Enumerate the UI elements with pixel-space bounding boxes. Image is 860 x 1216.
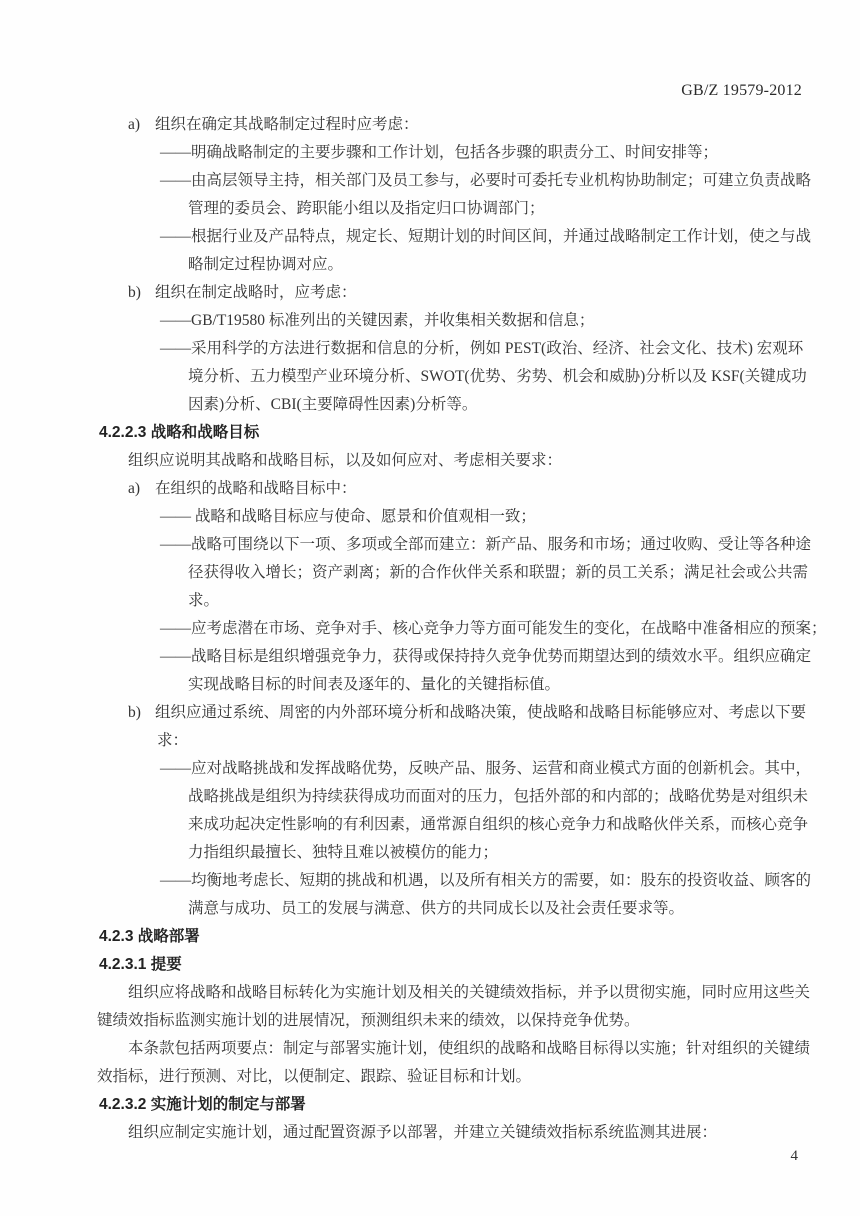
document-body: a)组织在确定其战略制定过程时应考虑：——明确战略制定的主要步骤和工作计划，包括… [97,111,809,1147]
continuation-line: 满意与成功、员工的发展与满意、供方的共同成长以及社会责任要求等。 [188,895,809,923]
dash-item-line: ——应考虑潜在市场、竞争对手、核心竞争力等方面可能发生的变化，在战略中准备相应的… [160,615,809,643]
continuation-line: 来成功起决定性影响的有利因素，通常源自组织的核心竞争力和战略伙伴关系，而核心竞争 [188,811,809,839]
section-heading: 4.2.3.1 提要 [99,951,809,979]
dash-item-line: —— 战略和战略目标应与使命、愿景和价值观相一致； [160,503,809,531]
dash-item-line: ——GB/T19580 标准列出的关键因素，并收集相关数据和信息； [160,307,809,335]
list-marker: b) [128,699,155,727]
list-item-line: a)在组织的战略和战略目标中： [128,475,809,503]
list-marker: a) [128,111,155,139]
list-item-text: 组织在确定其战略制定过程时应考虑： [155,116,419,133]
continuation-line: 力指组织最擅长、独特且难以被模仿的能力； [188,839,809,867]
dash-item-line: ——战略目标是组织增强竞争力，获得或保持持久竞争优势而期望达到的绩效水平。组织应… [160,643,809,671]
list-marker: a) [128,475,155,503]
paragraph-line: 键绩效指标监测实施计划的进展情况，预测组织未来的绩效，以保持竞争优势。 [97,1007,809,1035]
dash-item-line: ——采用科学的方法进行数据和信息的分析，例如 PEST(政治、经济、社会文化、技… [160,335,809,363]
continuation-line: 略制定过程协调对应。 [188,251,809,279]
paragraph-line: 本条款包括两项要点：制定与部署实施计划，使组织的战略和战略目标得以实施；针对组织… [128,1035,809,1063]
document-page: GB/Z 19579-2012 a)组织在确定其战略制定过程时应考虑：——明确战… [0,0,860,1216]
continuation-line: 径获得收入增长；资产剥离；新的合作伙伴关系和联盟；新的员工关系；满足社会或公共需 [188,559,809,587]
list-item-line: b)组织应通过系统、周密的内外部环境分析和战略决策，使战略和战略目标能够应对、考… [128,699,809,727]
continuation-line: 战略挑战是组织为持续获得成功而面对的压力，包括外部的和内部的；战略优势是对组织未 [188,783,809,811]
paragraph-line: 组织应制定实施计划，通过配置资源予以部署，并建立关键绩效指标系统监测其进展： [128,1119,809,1147]
dash-item-line: ——应对战略挑战和发挥战略优势，反映产品、服务、运营和商业模式方面的创新机会。其… [160,755,809,783]
page-number: 4 [791,1148,799,1165]
section-heading: 4.2.3 战略部署 [99,923,809,951]
dash-item-line: ——战略可围绕以下一项、多项或全部而建立：新产品、服务和市场；通过收购、受让等各… [160,531,809,559]
section-heading: 4.2.3.2 实施计划的制定与部署 [99,1091,809,1119]
continuation-line: 求。 [188,587,809,615]
list-item-text: 在组织的战略和战略目标中： [155,480,357,497]
paragraph-line: 组织应将战略和战略目标转化为实施计划及相关的关键绩效指标，并予以贯彻实施，同时应… [128,979,809,1007]
dash-item-line: ——明确战略制定的主要步骤和工作计划，包括各步骤的职责分工、时间安排等； [160,139,809,167]
continuation-line: 境分析、五力模型产业环境分析、SWOT(优势、劣势、机会和威胁)分析以及 KSF… [188,363,809,391]
list-item-text: 组织应通过系统、周密的内外部环境分析和战略决策，使战略和战略目标能够应对、考虑以… [155,704,806,721]
dash-item-line: ——由高层领导主持，相关部门及员工参与，必要时可委托专业机构协助制定；可建立负责… [160,167,809,195]
continuation-line: 管理的委员会、跨职能小组以及指定归口协调部门； [188,195,809,223]
dash-item-line: ——均衡地考虑长、短期的挑战和机遇，以及所有相关方的需要，如：股东的投资收益、顾… [160,867,809,895]
dash-item-line: ——根据行业及产品特点，规定长、短期计划的时间区间，并通过战略制定工作计划，使之… [160,223,809,251]
continuation-line: 实现战略目标的时间表及逐年的、量化的关键指标值。 [188,671,809,699]
paragraph-line: 效指标，进行预测、对比，以便制定、跟踪、验证目标和计划。 [97,1063,809,1091]
continuation-line: 求： [157,727,809,755]
continuation-line: 因素)分析、CBI(主要障碍性因素)分析等。 [188,391,809,419]
list-item-line: a)组织在确定其战略制定过程时应考虑： [128,111,809,139]
list-marker: b) [128,279,155,307]
section-heading: 4.2.2.3 战略和战略目标 [99,419,809,447]
doc-code-header: GB/Z 19579-2012 [681,82,802,100]
list-item-text: 组织在制定战略时，应考虑： [155,284,357,301]
list-item-line: b)组织在制定战略时，应考虑： [128,279,809,307]
paragraph-line: 组织应说明其战略和战略目标，以及如何应对、考虑相关要求： [128,447,809,475]
